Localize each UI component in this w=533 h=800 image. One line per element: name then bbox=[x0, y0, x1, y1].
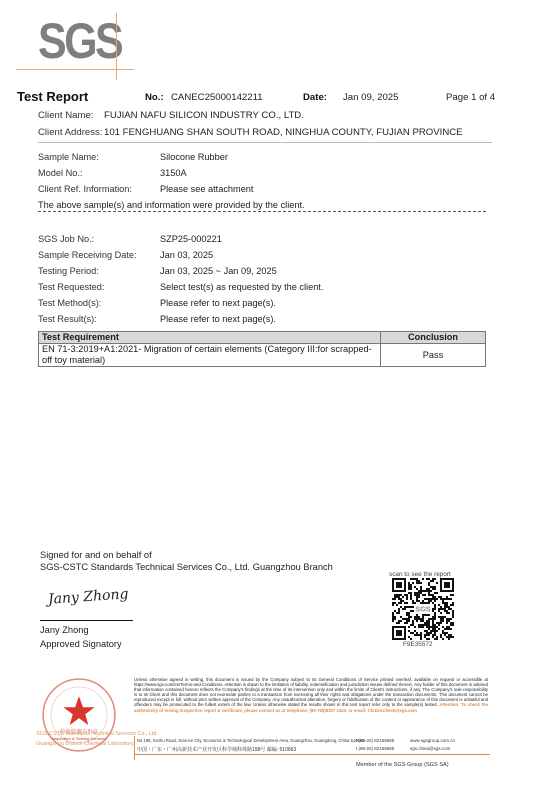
job-no-label: SGS Job No.: bbox=[38, 234, 94, 244]
sgs-group-member: Member of the SGS Group (SGS SA) bbox=[356, 762, 449, 768]
sample-name-label: Sample Name: bbox=[38, 152, 99, 162]
requirement-cell: EN 71-3:2019+A1:2021- Migration of certa… bbox=[39, 344, 381, 367]
table-row: EN 71-3:2019+A1:2021- Migration of certa… bbox=[39, 344, 486, 367]
client-address-value: 101 FENGHUANG SHAN SOUTH ROAD, NINGHUA C… bbox=[104, 127, 463, 138]
section-divider bbox=[38, 142, 492, 143]
stamp-lab-text: Guangzhou Branch Chemical Laboratory. bbox=[36, 741, 135, 747]
report-date-label: Date: bbox=[303, 92, 327, 103]
qr-code-id: F9E35572 bbox=[403, 641, 433, 648]
report-date-value: Jan 09, 2025 bbox=[343, 92, 398, 103]
report-no-value: CANEC25000142211 bbox=[171, 92, 263, 103]
logo-divider-vertical bbox=[116, 13, 117, 80]
receiving-date-label: Sample Receiving Date: bbox=[38, 250, 137, 260]
dashed-divider bbox=[38, 211, 486, 213]
test-results-value: Please refer to next page(s). bbox=[160, 314, 276, 324]
signing-company: SGS-CSTC Standards Technical Services Co… bbox=[40, 562, 333, 572]
svg-text:SGS: SGS bbox=[415, 605, 430, 614]
test-methods-value: Please refer to next page(s). bbox=[160, 298, 276, 308]
client-name-value: FUJIAN NAFU SILICON INDUSTRY CO., LTD. bbox=[104, 110, 304, 121]
testing-period-value: Jan 03, 2025 ~ Jan 09, 2025 bbox=[160, 266, 277, 276]
telephone-2: t (86-20) 82155555 bbox=[356, 746, 394, 751]
address-chinese: 中国・广东・广州高新技术产业开发区科学城科珠路198号 邮编: 510663 bbox=[137, 746, 296, 753]
stamp-company-text: SGS-CSTC Standards Technical Services Co… bbox=[36, 731, 158, 737]
client-ref-label: Client Ref. Information: bbox=[38, 184, 132, 194]
signed-on-behalf-text: Signed for and on behalf of bbox=[40, 550, 152, 560]
qr-caption: scan to see the report bbox=[389, 571, 451, 578]
address-english: No.198, Kezhu Road, Science City, Econom… bbox=[137, 738, 365, 743]
telephone-1: t (86-20) 82155555 bbox=[356, 738, 394, 743]
column-header-conclusion: Conclusion bbox=[381, 332, 486, 344]
handwritten-signature: Jany Zhong bbox=[48, 586, 129, 608]
test-requested-label: Test Requested: bbox=[38, 282, 104, 292]
receiving-date-value: Jan 03, 2025 bbox=[160, 250, 213, 260]
testing-period-label: Testing Period: bbox=[38, 266, 99, 276]
page-indicator: Page 1 of 4 bbox=[446, 92, 495, 103]
test-methods-label: Test Method(s): bbox=[38, 298, 101, 308]
job-no-value: SZP25-000221 bbox=[160, 234, 222, 244]
footer-divider-horizontal bbox=[134, 754, 490, 755]
table-header-row: Test Requirement Conclusion bbox=[39, 332, 486, 344]
signature-line bbox=[40, 620, 133, 621]
sgs-logo: SGS bbox=[38, 16, 121, 66]
results-table: Test Requirement Conclusion EN 71-3:2019… bbox=[38, 331, 486, 367]
disclaimer-text: Unless otherwise agreed in writing, this… bbox=[134, 677, 488, 707]
signatory-name: Jany Zhong bbox=[40, 625, 89, 635]
test-requested-value: Select test(s) as requested by the clien… bbox=[160, 282, 323, 292]
signatory-role: Approved Signatory bbox=[40, 639, 122, 649]
report-title: Test Report bbox=[17, 89, 88, 104]
sample-provided-note: The above sample(s) and information were… bbox=[38, 200, 305, 210]
report-no-label: No.: bbox=[145, 92, 164, 103]
website-link[interactable]: www.sgsgroup.com.cn bbox=[410, 738, 455, 743]
legal-disclaimer: Unless otherwise agreed in writing, this… bbox=[134, 677, 488, 713]
column-header-requirement: Test Requirement bbox=[39, 332, 381, 344]
client-address-label: Client Address: bbox=[38, 127, 103, 138]
qr-code-icon[interactable]: SGS bbox=[392, 578, 454, 640]
conclusion-cell: Pass bbox=[381, 344, 486, 367]
sample-name-value: Silocone Rubber bbox=[160, 152, 228, 162]
model-no-label: Model No.: bbox=[38, 168, 82, 178]
model-no-value: 3150A bbox=[160, 168, 187, 178]
client-name-label: Client Name: bbox=[38, 110, 93, 121]
test-results-label: Test Result(s): bbox=[38, 314, 97, 324]
footer-divider-vertical bbox=[134, 736, 135, 760]
email-link[interactable]: sgs.china@sgs.com bbox=[410, 746, 450, 751]
client-ref-value: Please see attachment bbox=[160, 184, 253, 194]
